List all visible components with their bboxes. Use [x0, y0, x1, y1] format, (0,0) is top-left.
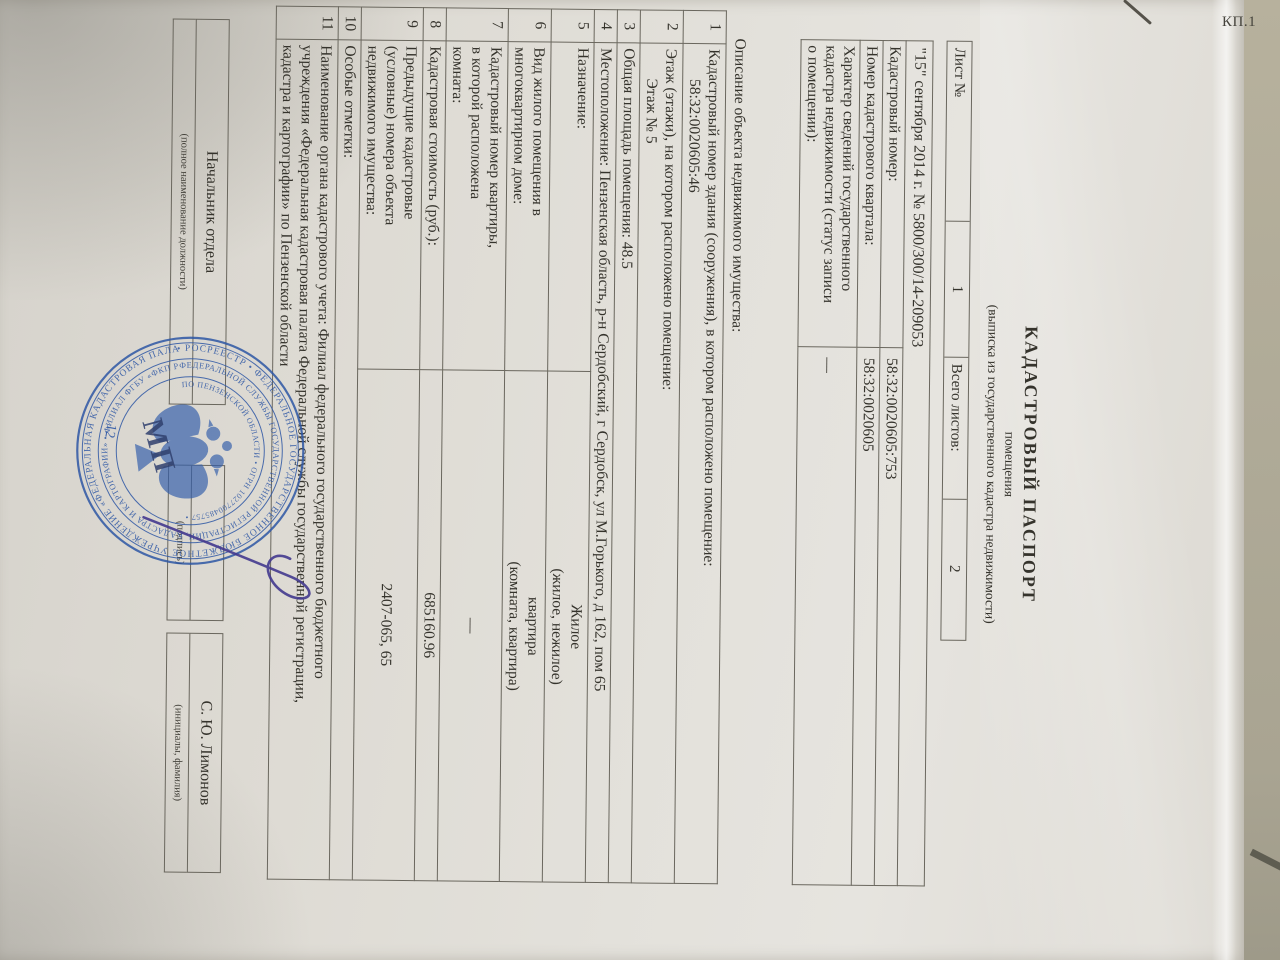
row-label: Кадастровый номер квартиры, в которой ра… — [443, 41, 508, 371]
name-value: С. Ю. Лимонов — [187, 633, 224, 873]
table-row: 5 Назначение: Жилое (жилое, нежилое) — [542, 9, 594, 882]
table-row: 9 Предыдущие кадастровые (условные) номе… — [352, 7, 423, 881]
row-content: Этаж (этажи), на котором расположено пом… — [631, 43, 683, 883]
table-row: 6 Вид жилого помещения в многоквартирном… — [499, 9, 551, 882]
status-value: — — [792, 347, 857, 886]
status-label: Характер сведений государственного кадас… — [798, 40, 860, 348]
total-sheets-value: 2 — [941, 500, 966, 638]
row-number: 9 — [361, 7, 423, 41]
sheet-number-value: 1 — [944, 222, 969, 358]
name-caption: (инициалы, фамилия) — [164, 633, 190, 873]
row-value: Жилое (жилое, нежилое) — [542, 371, 590, 882]
total-sheets-label: Всего листов: — [943, 358, 968, 500]
section-heading: Описание объекта недвижимого имущества: — [722, 38, 749, 884]
document: КАДАСТРОВЫЙ ПАСПОРТ помещения (выписка и… — [0, 0, 1266, 946]
row-value: 2407-065, 65 — [352, 369, 419, 881]
sheet-bar: Лист № 1 Всего листов: 2 — [940, 41, 972, 641]
header-table: "15" сентября 2014 г. № 5800/300/14-2090… — [792, 39, 934, 886]
cadastral-number-label: Кадастровый номер: — [880, 40, 906, 347]
row-number: 11 — [276, 6, 338, 40]
row-label: Назначение: — [548, 42, 594, 371]
row-value: — — [437, 370, 504, 882]
row-label: Кадастровая стоимость (руб.): — [420, 41, 446, 370]
photo-of-document: КП.1 КАДАСТРОВЫЙ ПАСПОРТ помещения (выпи… — [0, 0, 1280, 960]
name-cell: С. Ю. Лимонов (инициалы, фамилия) — [164, 633, 224, 874]
row-number: 10 — [338, 7, 361, 40]
row-content: Кадастровый номер здания (сооружения), в… — [674, 43, 726, 883]
stamp-number: 12 — [100, 423, 118, 440]
row-label: Вид жилого помещения в многоквартирном д… — [505, 42, 551, 371]
row-number: 3 — [617, 10, 640, 43]
row-number: 4 — [594, 9, 617, 42]
row-number: 7 — [446, 8, 508, 42]
table-row: 2 Этаж (этажи), на котором расположено п… — [631, 10, 683, 883]
row-number: 1 — [683, 10, 726, 43]
main-table: 1 Кадастровый номер здания (сооружения),… — [267, 6, 727, 885]
table-row: 7 Кадастровый номер квартиры, в которой … — [437, 8, 508, 882]
handwritten-signature — [134, 499, 335, 631]
quarter-number-label: Номер кадастрового квартала: — [857, 40, 883, 347]
row-label: Предыдущие кадастровые (условные) номера… — [358, 40, 423, 370]
table-row: Характер сведений государственного кадас… — [792, 40, 860, 886]
row-number: 8 — [423, 8, 446, 41]
row-number: 5 — [551, 9, 594, 42]
row-number: 2 — [640, 10, 683, 43]
row-value: квартира (комната, квартира) — [499, 371, 547, 882]
table-row: 1 Кадастровый номер здания (сооружения),… — [674, 10, 726, 883]
sheet-number-label: Лист № — [946, 42, 972, 222]
row-number: 6 — [508, 9, 551, 42]
